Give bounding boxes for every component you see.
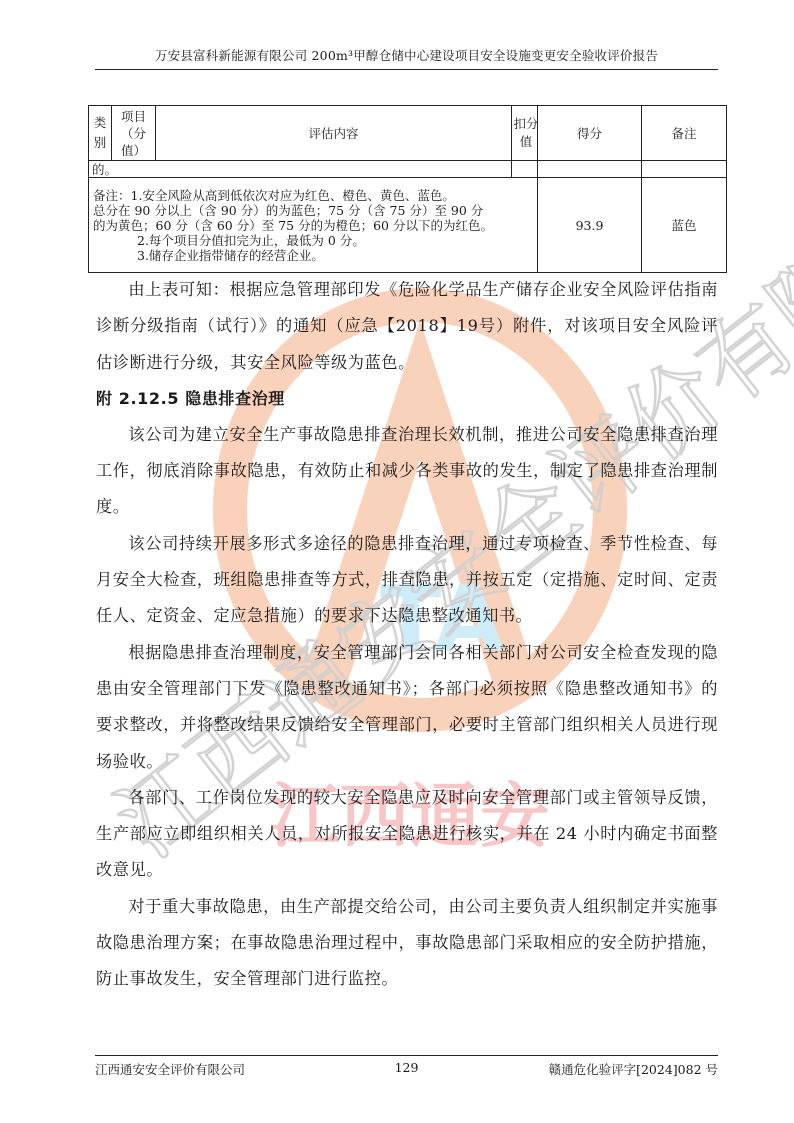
paragraph-intro: 该公司为建立安全生产事故隐患排查治理长效机制，推进公司安全隐患排查治理工作，彻底… <box>96 417 718 526</box>
col-header-category: 类别 <box>89 106 112 161</box>
table-row: 的。 <box>89 161 727 178</box>
note-line-2: 总分在 90 分以上（含 90 分）的为蓝色；75 分（含 75 分）至 90 … <box>93 203 533 218</box>
paragraph-reporting: 各部门、工作岗位发现的较大安全隐患应及时向安全管理部门或主管领导反馈，生产部应立… <box>96 780 718 889</box>
note-line-4: 2.每个项目分值扣完为止，最低为 0 分。 <box>93 233 533 248</box>
total-score: 93.9 <box>538 178 642 273</box>
continuation-deduct <box>512 161 538 178</box>
col-header-score: 得分 <box>538 106 642 161</box>
table-header-row: 类别 项目（分值） 评估内容 扣分值 得分 备注 <box>89 106 727 161</box>
note-line-5: 3.储存企业指带储存的经营企业。 <box>93 248 533 263</box>
paragraph-procedure: 根据隐患排查治理制度，安全管理部门会同各相关部门对公司安全检查发现的隐患由安全管… <box>96 635 718 780</box>
col-header-item: 项目（分值） <box>112 106 156 161</box>
continuation-score <box>538 161 642 178</box>
col-header-note: 备注 <box>642 106 727 161</box>
risk-level: 蓝色 <box>642 178 727 273</box>
paragraph-major-hazard: 对于重大事故隐患，由生产部提交给公司，由公司主要负责人组织制定并实施事故隐患治理… <box>96 889 718 998</box>
table-row-notes: 备注：1.安全风险从高到低依次对应为红色、橙色、黄色、蓝色。 总分在 90 分以… <box>89 178 727 273</box>
body-text: 由上表可知：根据应急管理部印发《危险化学品生产储存企业安全风险评估指南诊断分级指… <box>96 272 718 998</box>
col-header-content: 评估内容 <box>156 106 512 161</box>
note-line-1: 备注：1.安全风险从高到低依次对应为红色、橙色、黄色、蓝色。 <box>93 188 533 203</box>
paragraph-inspection: 该公司持续开展多形式多途径的隐患排查治理，通过专项检查、季节性检查、每月安全大检… <box>96 526 718 635</box>
continuation-note <box>642 161 727 178</box>
page-number: 129 <box>347 1060 467 1078</box>
section-heading: 附 2.12.5 隐患排查治理 <box>96 381 718 417</box>
footer-company: 江西通安安全评价有限公司 <box>95 1060 345 1078</box>
document-number: 赣通危化验评字[2024]082 号 <box>468 1060 718 1078</box>
col-header-deduct: 扣分值 <box>512 106 538 161</box>
page-footer: 江西通安安全评价有限公司 129 赣通危化验评字[2024]082 号 <box>95 1055 718 1078</box>
risk-score-table: 类别 项目（分值） 评估内容 扣分值 得分 备注 的。 备注：1.安全风险从高到… <box>88 105 727 273</box>
note-line-3: 的为黄色；60 分（含 60 分）至 75 分的为橙色；60 分以下的为红色。 <box>93 218 533 233</box>
paragraph-conclusion: 由上表可知：根据应急管理部印发《危险化学品生产储存企业安全风险评估指南诊断分级指… <box>96 272 718 381</box>
report-title: 万安县富科新能源有限公司 200m³甲醇仓储中心建设项目安全设施变更安全验收评价… <box>155 48 658 63</box>
page-header: 万安县富科新能源有限公司 200m³甲醇仓储中心建设项目安全设施变更安全验收评价… <box>95 46 718 70</box>
continuation-content: 的。 <box>89 161 512 178</box>
notes-cell: 备注：1.安全风险从高到低依次对应为红色、橙色、黄色、蓝色。 总分在 90 分以… <box>89 178 538 273</box>
